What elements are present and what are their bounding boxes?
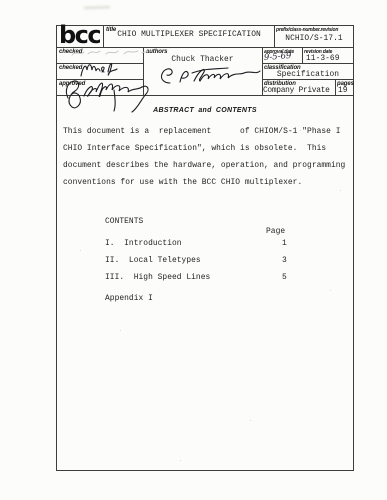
appendix-label: Appendix I — [105, 294, 153, 303]
rule-approval — [262, 63, 354, 64]
abstract-line: document describes the hardware, operati… — [63, 161, 345, 170]
abstract-heading: ABSTRACT and CONTENTS — [56, 107, 354, 114]
toc-item-page: 3 — [282, 256, 287, 265]
contents-page-column-label: Page — [266, 227, 285, 236]
abstract-line: This document is a replacement of CHIOM/… — [63, 127, 341, 136]
prefix-label: prefix/class-number.revision — [276, 27, 338, 33]
toc-item-page: 5 — [282, 273, 287, 282]
scanned-document-page: bcc title CHIO MULTIPLEXER SPECIFICATION… — [0, 0, 387, 500]
distribution-value: Company Private — [263, 86, 330, 95]
scan-smudge — [84, 6, 110, 10]
rule-date-split — [302, 47, 303, 63]
classification-value: Specification — [262, 70, 354, 79]
revision-date-value: 11-3-69 — [306, 54, 340, 63]
bcc-logo: bcc — [59, 24, 103, 46]
rule-classification — [262, 79, 354, 80]
toc-item-label: II. Local Teletypes — [105, 256, 201, 265]
pages-value: 19 — [338, 86, 348, 95]
rule-pages-split — [335, 79, 336, 95]
prefix-value: NCHIO/S-17.1 — [274, 34, 354, 43]
abstract-line: CHIO Interface Specification", which is … — [63, 144, 326, 153]
approval-date-handwritten: 9-5-69 — [264, 51, 292, 63]
toc-item-label: III. High Speed Lines — [105, 273, 210, 282]
toc-item-label: I. Introduction — [105, 239, 182, 248]
author-signature — [156, 63, 264, 93]
contents-heading: CONTENTS — [105, 217, 143, 226]
document-title: CHIO MULTIPLEXER SPECIFICATION — [104, 30, 274, 39]
abstract-line: conventions for use with the BCC CHIO mu… — [63, 178, 302, 187]
toc-item-page: 1 — [282, 239, 287, 248]
